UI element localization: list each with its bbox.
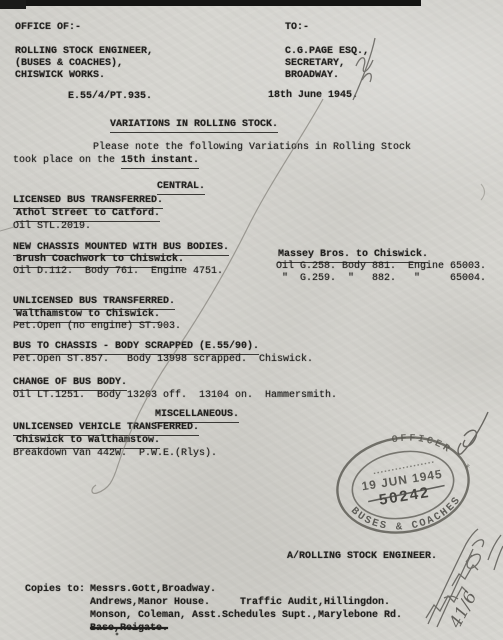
scan-edge-artifact-corner	[0, 0, 26, 9]
pencil-tick	[0, 227, 14, 231]
recipient-address-line: BROADWAY.	[285, 70, 339, 83]
scanned-memo-page: OFFICE OF:- TO:- ROLLING STOCK ENGINEER,…	[0, 0, 503, 640]
intro-line: Please note the following Variations in …	[93, 142, 411, 155]
scan-edge-artifact	[0, 0, 421, 6]
intro-line: took place on the 15th instant.	[13, 155, 199, 169]
reference-number: E.55/4/PT.935.	[68, 91, 152, 104]
pencil-scribble	[426, 529, 503, 627]
entry-detail: Breakdown Van 442W. P.W.E.(Rlys).	[13, 448, 217, 461]
entry-heading-bus-to-chassis: BUS TO CHASSIS - BODY SCRAPPED (E.55/90)…	[13, 341, 259, 355]
stamp-inner-oval	[347, 444, 458, 525]
bracket-mark	[481, 184, 485, 200]
recipient-address-line: C.G.PAGE ESQ.,	[285, 46, 369, 59]
entry-route: Chiswick to Walthamstow.	[16, 435, 160, 449]
copies-line: Monson, Coleman, Asst.Schedules Supt.,Ma…	[90, 610, 402, 623]
entry-heading-vehicle-transferred: UNLICENSED VEHICLE TRANSFERRED.	[13, 422, 199, 436]
section-heading-central: CENTRAL.	[157, 181, 205, 195]
to-label: TO:-	[285, 22, 309, 35]
entry-heading-unlicensed-bus: UNLICENSED BUS TRANSFERRED.	[13, 296, 175, 310]
price-handwritten-mark: 41/6	[445, 588, 481, 632]
entry-detail: Pet.Open ST.857. Body 13998 scrapped. Ch…	[13, 354, 313, 367]
stamp-arc-bottom-text: BUSES & COACHES	[347, 488, 468, 542]
entry-detail: " G.259. " 882. " 65004.	[276, 273, 486, 286]
copies-line-struck: Base,Reigate.	[90, 623, 168, 636]
entry-heading-licensed-bus: LICENSED BUS TRANSFERRED.	[13, 195, 163, 209]
sender-address-line: CHISWICK WORKS.	[15, 70, 105, 83]
entry-detail: Pet.Open (no engine) ST.903.	[13, 321, 181, 334]
stamp-star-icon: ✳	[464, 461, 471, 472]
entry-detail: Oil D.112. Body 761. Engine 4751.	[13, 266, 223, 279]
sender-address-line: (BUSES & COACHES),	[15, 58, 123, 71]
recipient-address-line: SECRETARY,	[285, 58, 345, 71]
letter-date: 18th June 1945.	[268, 90, 358, 103]
svg-text:BUSES & COACHES: BUSES & COACHES	[347, 488, 468, 542]
stamp-dotted-line	[374, 462, 436, 474]
stamp-outer-oval	[330, 428, 475, 541]
stamp-strike-line	[368, 486, 446, 502]
copies-to-label: Copies to:	[25, 584, 85, 597]
copies-line: Messrs.Gott,Broadway.	[90, 584, 216, 597]
office-of-label: OFFICE OF:-	[15, 22, 81, 35]
instant-date: 15th instant.	[121, 155, 199, 169]
stamp-number: 50242	[378, 484, 432, 509]
date-stamp: OFFICER BUSES & COACHES 19 JUN 1945 5024…	[311, 412, 494, 558]
entry-heading-change-body: CHANGE OF BUS BODY.	[13, 377, 127, 391]
stamp-arc-top-text: OFFICER	[391, 426, 454, 465]
copies-line: Andrews,Manor House. Traffic Audit,Hilli…	[90, 597, 390, 610]
entry-route: Athol Street to Catford.	[16, 208, 160, 222]
stamp-date: 19 JUN 1945	[361, 467, 444, 494]
section-heading-miscellaneous: MISCELLANEOUS.	[155, 409, 239, 423]
sender-address-line: ROLLING STOCK ENGINEER,	[15, 46, 153, 59]
document-title: VARIATIONS IN ROLLING STOCK.	[110, 119, 278, 133]
entry-detail: Oil G.258. Body 881. Engine 65003.	[276, 261, 486, 274]
entry-detail: Oil LT.1251. Body 13203 off. 13104 on. H…	[13, 390, 337, 403]
entry-detail: Oil STL.2019.	[13, 221, 91, 234]
svg-text:OFFICER: OFFICER	[391, 426, 454, 465]
